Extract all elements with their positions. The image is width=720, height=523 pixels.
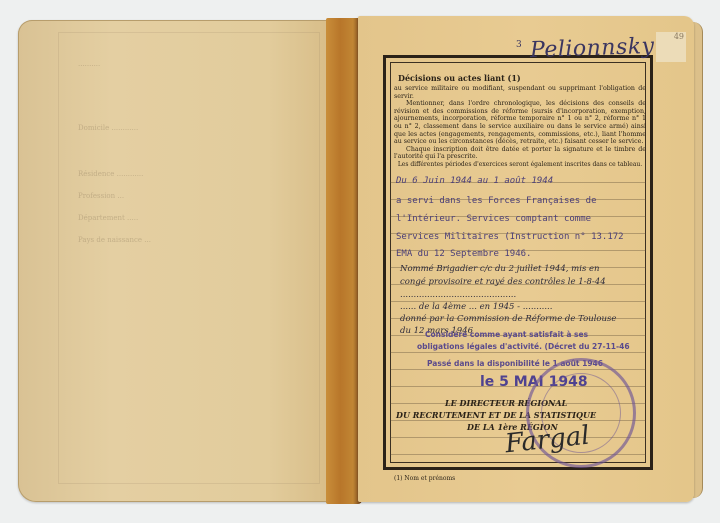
handwritten-line: ........................................… — [400, 290, 516, 300]
ghost-text: Domicile ............ — [78, 124, 310, 132]
ghost-text: Résidence ............ — [78, 170, 310, 178]
handwritten-name: Pelionnsky — [530, 34, 655, 63]
stamp-line: l'Intérieur. Services comptant comme — [396, 214, 591, 224]
instructions: au service militaire ou modifiant, suspe… — [394, 85, 646, 169]
handwritten-line: ...... de la 4ème ... en 1945 - ........… — [400, 302, 552, 312]
obligation-stamp: Considéré comme ayant satisfait à ses — [425, 330, 588, 339]
footnote: (1) Nom et prénoms — [394, 475, 455, 482]
left-page-frame — [58, 32, 320, 484]
handwritten-line: Nommé Brigadier c/c du 2 juillet 1944, m… — [400, 264, 600, 274]
ghost-text: Département ..... — [78, 214, 310, 222]
ghost-text: Pays de naissance ... — [78, 236, 310, 244]
left-page: .......... Domicile ............ Résiden… — [18, 20, 330, 502]
obligation-stamp: obligations légales d'activité. (Décret … — [417, 342, 630, 351]
stamp-line: Services Militaires (Instruction n° 13.1… — [396, 232, 624, 242]
ghost-text: .......... — [78, 60, 310, 68]
book-spine — [326, 18, 362, 504]
stamp-line: EMA du 12 Septembre 1946. — [396, 249, 531, 259]
corner-page-number: 49 — [656, 32, 686, 62]
handwritten-line: congé provisoire et rayé des contrôles l… — [400, 277, 606, 287]
name-number: 3 — [516, 40, 522, 50]
service-period: Du 6 Juin 1944 au 1 août 1944 — [396, 176, 553, 186]
stamp-line: a servi dans les Forces Françaises de — [396, 196, 596, 206]
ghost-text: Profession ... — [78, 192, 310, 200]
handwritten-line: donné par la Commission de Réforme de To… — [400, 314, 616, 324]
header-title: Décisions ou actes liant (1) — [398, 73, 521, 83]
